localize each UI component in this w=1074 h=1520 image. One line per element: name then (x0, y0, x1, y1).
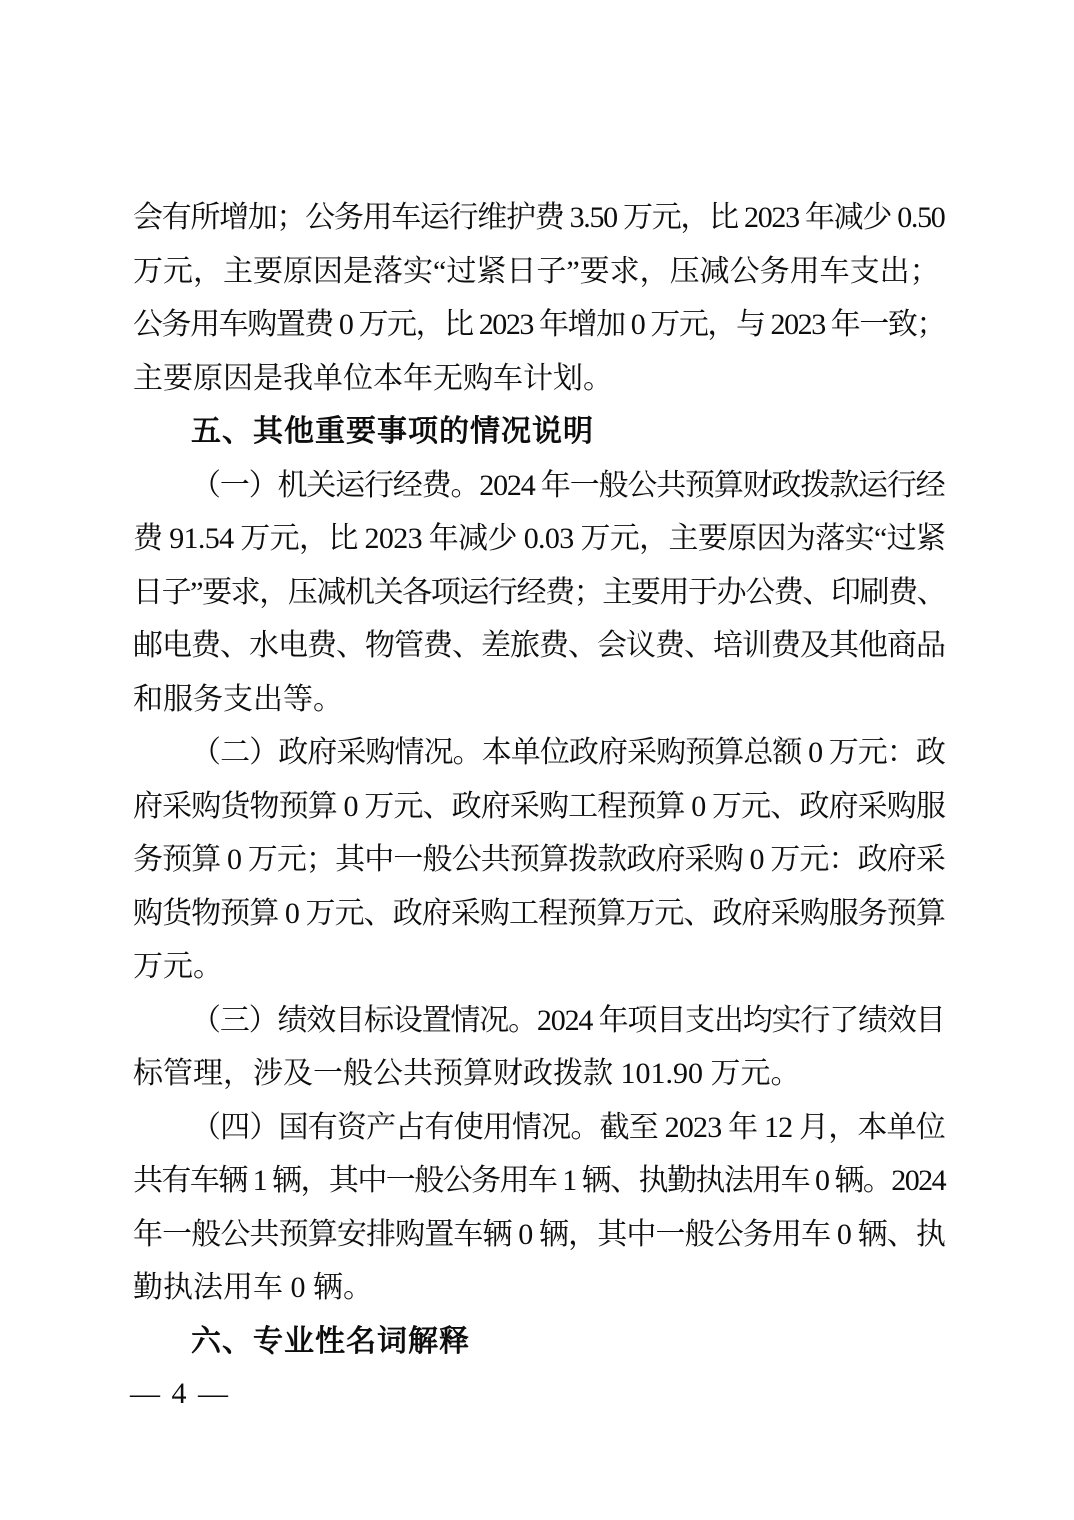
body-line: 会有所增加；公务用车运行维护费 3.50 万元，比 2023 年减少 0.50 (133, 191, 945, 245)
body-line: 府采购货物预算 0 万元、政府采购工程预算 0 万元、政府采购服 (133, 780, 945, 834)
body-line: 邮电费、水电费、物管费、差旅费、会议费、培训费及其他商品 (133, 619, 945, 673)
body-line: 共有车辆 1 辆，其中一般公务用车 1 辆、执勤执法用车 0 辆。2024 (133, 1154, 945, 1208)
body-line: 勤执法用车 0 辆。 (133, 1261, 945, 1315)
document-page: 会有所增加；公务用车运行维护费 3.50 万元，比 2023 年减少 0.50 … (0, 0, 1074, 1520)
body-line: （四）国有资产占有使用情况。截至 2023 年 12 月，本单位 (133, 1101, 945, 1155)
body-line: 和服务支出等。 (133, 673, 945, 727)
section-heading-5: 五、其他重要事项的情况说明 (133, 405, 945, 459)
body-line: 年一般公共预算安排购置车辆 0 辆，其中一般公务用车 0 辆、执 (133, 1208, 945, 1262)
body-line: 万元，主要原因是落实“过紧日子”要求，压减公务用车支出； (133, 245, 945, 299)
body-line: 务预算 0 万元；其中一般公共预算拨款政府采购 0 万元：政府采 (133, 833, 945, 887)
body-line: 主要原因是我单位本年无购车计划。 (133, 352, 945, 406)
body-line: 费 91.54 万元，比 2023 年减少 0.03 万元，主要原因为落实“过紧 (133, 512, 945, 566)
body-line: 万元。 (133, 940, 945, 994)
body-line: 公务用车购置费 0 万元，比 2023 年增加 0 万元，与 2023 年一致； (133, 298, 945, 352)
document-body: 会有所增加；公务用车运行维护费 3.50 万元，比 2023 年减少 0.50 … (133, 191, 945, 1368)
body-line: 日子”要求，压减机关各项运行经费；主要用于办公费、印刷费、 (133, 566, 945, 620)
body-line: （一）机关运行经费。2024 年一般公共预算财政拨款运行经 (133, 459, 945, 513)
body-line: 购货物预算 0 万元、政府采购工程预算万元、政府采购服务预算 (133, 887, 945, 941)
body-line: （三）绩效目标设置情况。2024 年项目支出均实行了绩效目 (133, 994, 945, 1048)
section-heading-6: 六、专业性名词解释 (133, 1315, 945, 1369)
body-line: （二）政府采购情况。本单位政府采购预算总额 0 万元：政 (133, 726, 945, 780)
page-number: — 4 — (130, 1372, 230, 1416)
body-line: 标管理，涉及一般公共预算财政拨款 101.90 万元。 (133, 1047, 945, 1101)
